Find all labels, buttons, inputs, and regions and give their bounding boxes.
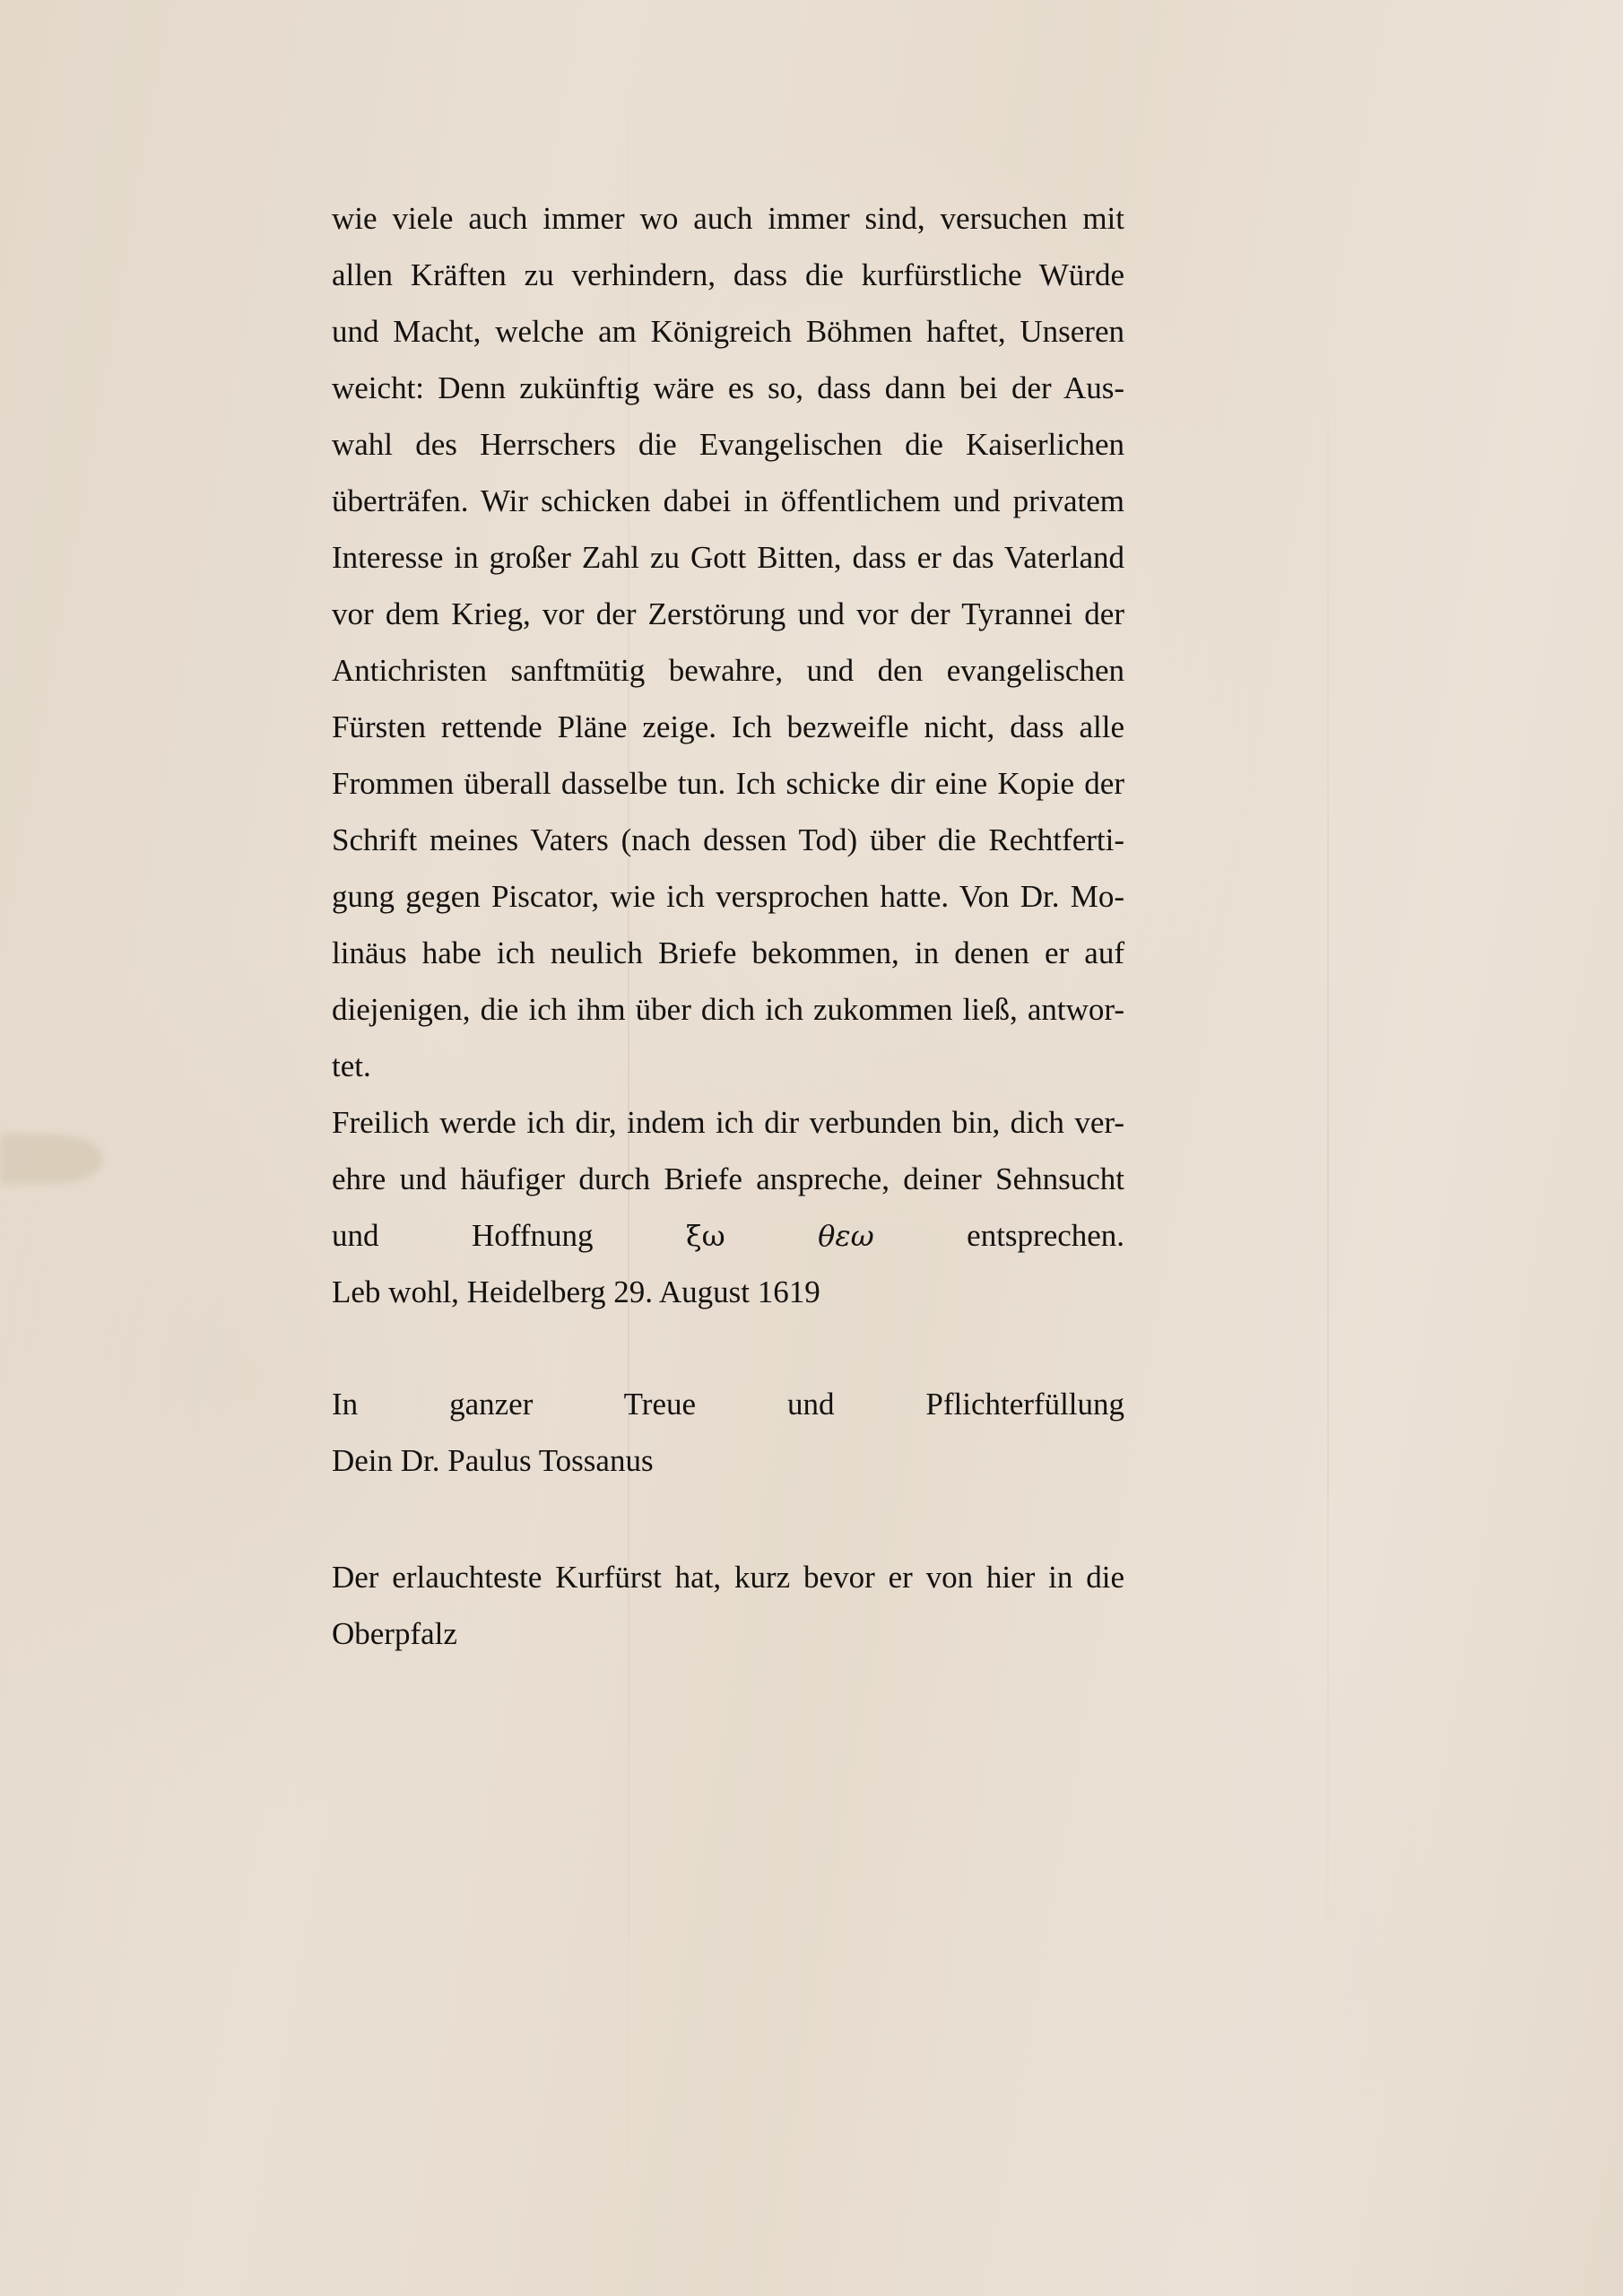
signature-name: Dein Dr. Paulus Tossanus: [332, 1432, 1124, 1489]
greek-text-line: und Hoffnung ξω θεω entsprechen.: [332, 1207, 1124, 1264]
word: Treue: [624, 1387, 696, 1422]
word: Pflichterfüllung: [925, 1387, 1124, 1422]
text-line: diejenigen, die ich ihm über dich ich zu…: [332, 981, 1124, 1038]
signature-block: In ganzer Treue und Pflichterfüllung Dei…: [332, 1376, 1124, 1489]
word: entsprechen.: [967, 1218, 1124, 1253]
signature-line: In ganzer Treue und Pflichterfüllung: [332, 1376, 1124, 1432]
text-line: wie viele auch immer wo auch immer sind,…: [332, 190, 1124, 247]
word: und: [332, 1218, 379, 1253]
closing-paragraph: Freilich werde ich dir, indem ich dir ve…: [332, 1094, 1124, 1320]
word: und: [787, 1387, 835, 1422]
text-line: und Macht, welche am Königreich Böhmen h…: [332, 303, 1124, 360]
word: In: [332, 1387, 358, 1422]
farewell-line: Leb wohl, Heidelberg 29. August 1619: [332, 1264, 1124, 1320]
text-line: tet.: [332, 1038, 1124, 1094]
paper-crease: [1327, 269, 1329, 2063]
spacer: [332, 1320, 1124, 1376]
text-line: Freilich werde ich dir, indem ich dir ve…: [332, 1094, 1124, 1151]
greek-word: ξω: [686, 1219, 725, 1253]
word: ganzer: [449, 1387, 533, 1422]
text-line: Antichristen sanftmütig bewahre, und den…: [332, 642, 1124, 699]
greek-word: θεω: [818, 1219, 874, 1253]
text-line: weicht: Denn zukünftig wäre es so, dass …: [332, 360, 1124, 416]
text-line: gung gegen Piscator, wie ich versprochen…: [332, 868, 1124, 925]
word: Hoffnung: [472, 1218, 593, 1253]
postscript: Der erlauchteste Kurfürst hat, kurz bevo…: [332, 1549, 1124, 1662]
text-line: Der erlauchteste Kurfürst hat, kurz bevo…: [332, 1549, 1124, 1605]
text-line: Schrift meines Vaters (nach dessen Tod) …: [332, 812, 1124, 868]
text-line: linäus habe ich neulich Briefe bekommen,…: [332, 925, 1124, 981]
paper-stain: [0, 1135, 103, 1184]
text-line: Interesse in großer Zahl zu Gott Bitten,…: [332, 529, 1124, 586]
text-line: Oberpfalz: [332, 1605, 1124, 1662]
text-line: wahl des Herrschers die Evangelischen di…: [332, 416, 1124, 473]
text-line: allen Kräften zu verhindern, dass die ku…: [332, 247, 1124, 303]
text-line: Fürsten rettende Pläne zeige. Ich bezwei…: [332, 699, 1124, 755]
text-line: ehre und häufiger durch Briefe anspreche…: [332, 1151, 1124, 1207]
text-line: vor dem Krieg, vor der Zerstörung und vo…: [332, 586, 1124, 642]
spacer: [332, 1489, 1124, 1549]
text-line: Frommen überall dasselbe tun. Ich schick…: [332, 755, 1124, 812]
letter-body: wie viele auch immer wo auch immer sind,…: [332, 190, 1124, 1094]
letter-page: wie viele auch immer wo auch immer sind,…: [332, 190, 1124, 1662]
text-line: überträfen. Wir schicken dabei in öffent…: [332, 473, 1124, 529]
